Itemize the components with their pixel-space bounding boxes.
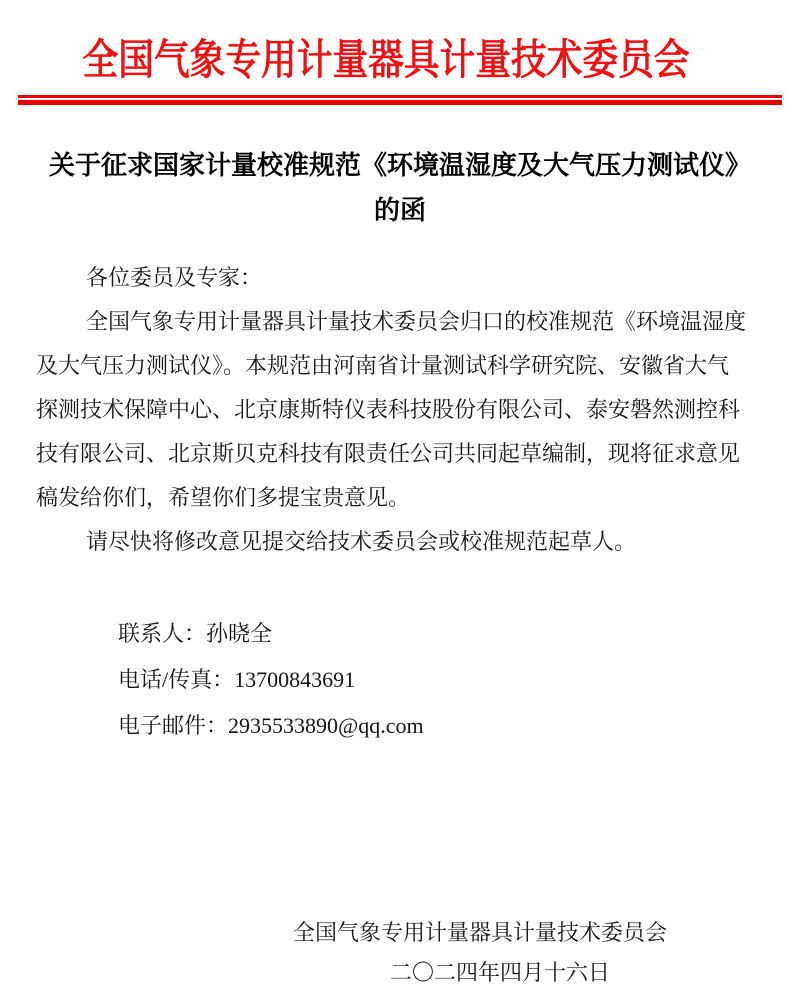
contact-person-label: 联系人： [118,621,206,646]
contact-info: 联系人：孙晓全 电话/传真：13700843691 电子邮件：293553389… [0,611,800,749]
letter-body: 各位委员及专家： 全国气象专用计量器具计量技术委员会归口的校准规范《环境温湿度 … [0,256,800,564]
signature-org: 全国气象专用计量器具计量技术委员会 [293,913,800,953]
contact-person-row: 联系人：孙晓全 [118,611,800,657]
signature-date: 二〇二四年四月十六日 [390,953,800,988]
letterhead-org-name: 全国气象专用计量器具计量技术委员会 [83,34,690,86]
contact-person-value: 孙晓全 [206,621,272,646]
contact-email-value: 2935533890@qq.com [228,713,424,738]
letterhead: 全国气象专用计量器具计量技术委员会 [0,0,800,86]
contact-email-row: 电子邮件：2935533890@qq.com [118,703,800,749]
body-line: 探测技术保障中心、北京康斯特仪表科技股份有限公司、泰安磐然测控科 [36,388,760,432]
body-line: 及大气压力测试仪》。本规范由河南省计量测试科学研究院、安徽省大气 [36,344,760,388]
letterhead-divider-rule [18,95,782,105]
body-line: 全国气象专用计量器具计量技术委员会归口的校准规范《环境温湿度 [36,300,760,344]
contact-phone-value: 13700843691 [234,667,355,692]
contact-phone-row: 电话/传真：13700843691 [118,657,800,703]
body-line: 稿发给你们，希望你们多提宝贵意见。 [36,476,760,520]
contact-phone-label: 电话/传真： [118,667,234,692]
document-title-line1: 关于征求国家计量校准规范《环境温湿度及大气压力测试仪》 [0,143,800,188]
document-page: 全国气象专用计量器具计量技术委员会 关于征求国家计量校准规范《环境温湿度及大气压… [0,0,800,988]
closing-line: 请尽快将修改意见提交给技术委员会或校准规范起草人。 [36,520,760,564]
salutation: 各位委员及专家： [36,256,760,300]
contact-email-label: 电子邮件： [118,713,228,738]
document-title-line2: 的函 [0,188,800,233]
document-title: 关于征求国家计量校准规范《环境温湿度及大气压力测试仪》 的函 [0,143,800,233]
body-line: 技有限公司、北京斯贝克科技有限责任公司共同起草编制，现将征求意见 [36,432,760,476]
signature-block: 全国气象专用计量器具计量技术委员会 二〇二四年四月十六日 [0,913,800,988]
